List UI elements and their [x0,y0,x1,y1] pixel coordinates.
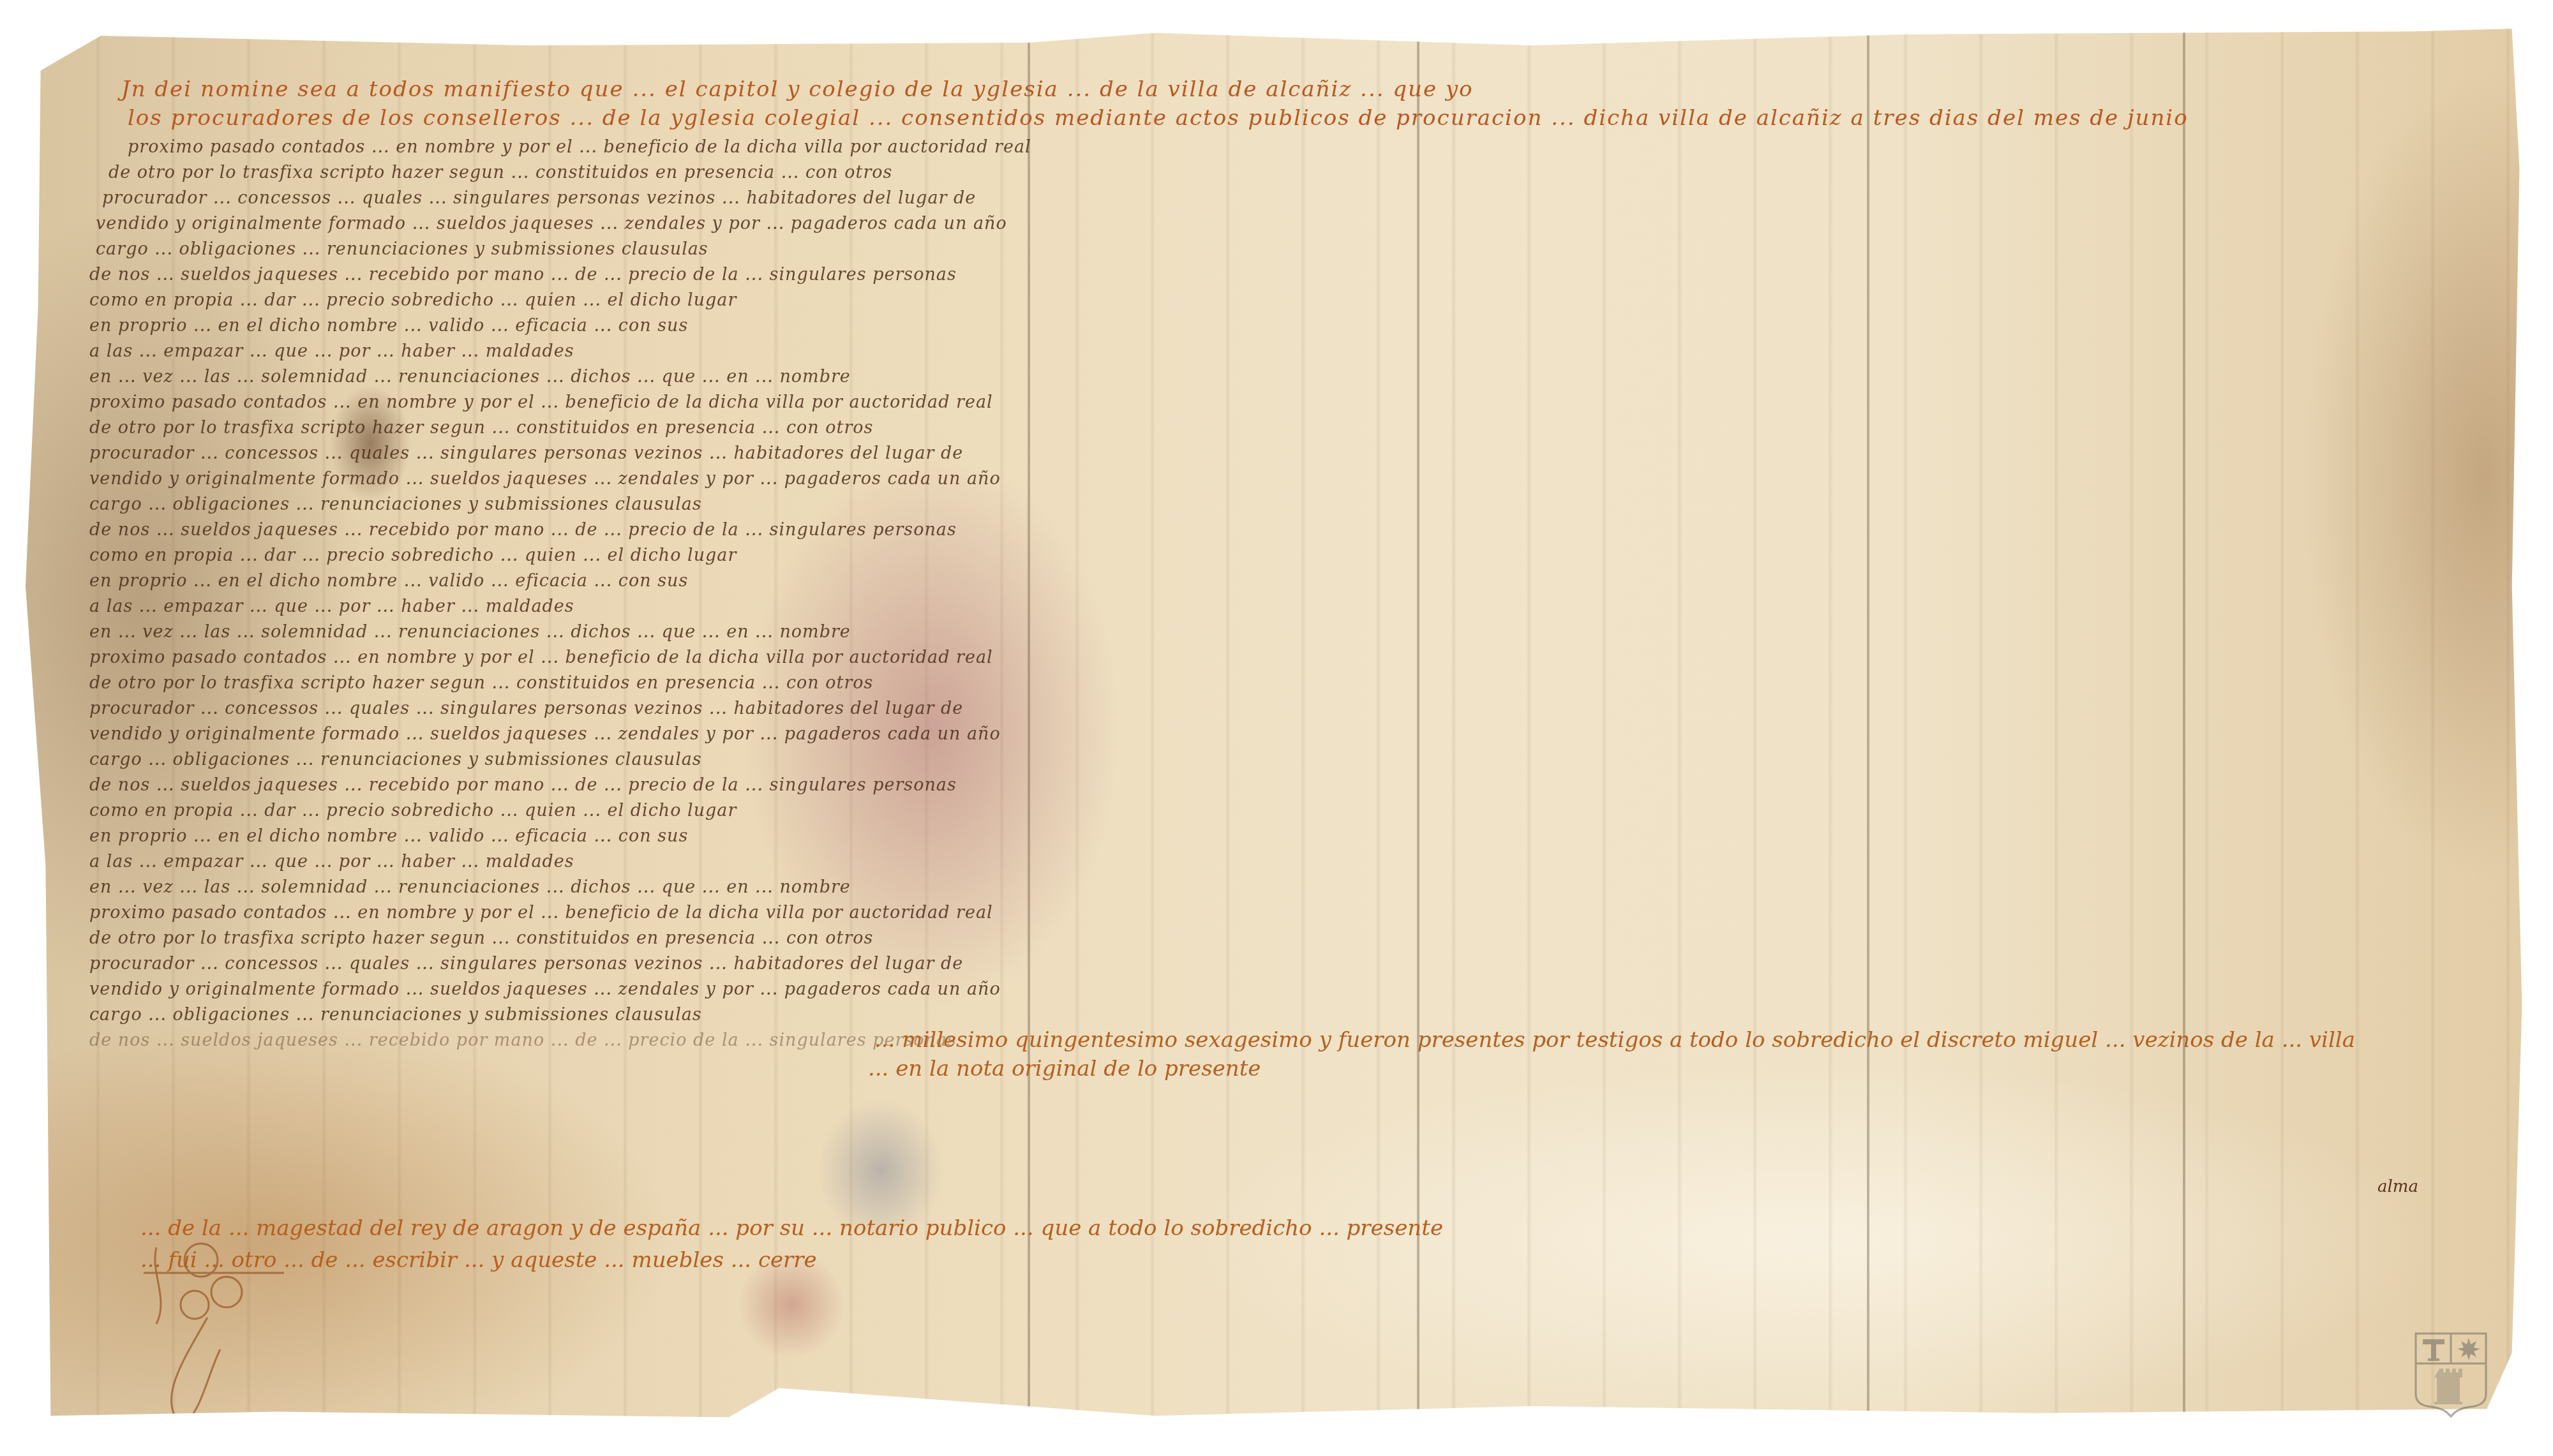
body-line: a las ... empazar ... que ... por ... ha… [89,341,2464,360]
body-line: en ... vez ... las ... solemnidad ... re… [89,367,2464,386]
body-line: en ... vez ... las ... solemnidad ... re… [89,877,2464,896]
body-line: proximo pasado contados ... en nombre y … [89,392,2464,412]
body-line: vendido y originalmente formado ... suel… [89,979,2464,999]
coat-of-arms-icon [2413,1330,2489,1420]
body-line: proximo pasado contados ... en nombre y … [128,137,2457,156]
body-line: de nos ... sueldos jaqueses ... recebido… [89,265,2464,284]
body-line: procurador ... concessos ... quales ... … [102,188,2464,207]
body-line: en proprio ... en el dicho nombre ... va… [89,316,2464,335]
body-line: vendido y originalmente formado ... suel… [89,724,2464,743]
body-line: como en propia ... dar ... precio sobred… [89,546,2464,565]
body-line: de otro por lo trasfixa scripto hazer se… [89,673,2464,692]
parchment-sheet: Jn dei nomine sea a todos manifiesto que… [26,29,2537,1423]
body-line: de otro por lo trasfixa scripto hazer se… [109,163,2457,182]
body-line: en proprio ... en el dicho nombre ... va… [89,826,2464,845]
tower-icon [2434,1369,2462,1404]
body-line: cargo ... obligaciones ... renunciacione… [89,494,2464,514]
body-line: de nos ... sueldos jaqueses ... recebido… [89,520,2464,539]
closing-line-2: ... en la nota original de lo presente [868,1056,1261,1081]
tau-cross-icon [2423,1339,2444,1361]
body-line: procurador ... concessos ... quales ... … [89,699,2464,718]
body-line: proximo pasado contados ... en nombre y … [89,648,2464,667]
body-line: de otro por lo trasfixa scripto hazer se… [89,928,2464,947]
body-line: procurador ... concessos ... quales ... … [89,954,2464,973]
body-line: en ... vez ... las ... solemnidad ... re… [89,622,2464,641]
body-line: vendido y originalmente formado ... suel… [89,469,2464,488]
closing-line-1: ... millesimo quingentesimo sexagesimo y… [874,1027,2355,1053]
body-line: proximo pasado contados ... en nombre y … [89,903,2464,922]
closing-line-3: ... de la ... magestad del rey de aragon… [140,1215,1443,1241]
body-line: procurador ... concessos ... quales ... … [89,443,2464,463]
body-line: a las ... empazar ... que ... por ... ha… [89,852,2464,871]
header-line-2: los procuradores de los conselleros ... … [128,105,2189,131]
notary-signature-icon [131,1222,297,1432]
body-line: en proprio ... en el dicho nombre ... va… [89,571,2464,590]
body-line: cargo ... obligaciones ... renunciacione… [96,239,2464,258]
body-line: cargo ... obligaciones ... renunciacione… [89,1005,2464,1024]
body-line: de otro por lo trasfixa scripto hazer se… [89,418,2464,437]
body-line: como en propia ... dar ... precio sobred… [89,801,2464,820]
body-line: de nos ... sueldos jaqueses ... recebido… [89,775,2464,794]
star-icon [2457,1338,2480,1360]
header-line-1: Jn dei nomine sea a todos manifiesto que… [121,77,1474,102]
body-line: vendido y originalmente formado ... suel… [96,214,2464,233]
margin-note: alma [2377,1177,2418,1196]
body-line: como en propia ... dar ... precio sobred… [89,290,2464,309]
body-line: cargo ... obligaciones ... renunciacione… [89,750,2464,769]
body-line: a las ... empazar ... que ... por ... ha… [89,597,2464,616]
